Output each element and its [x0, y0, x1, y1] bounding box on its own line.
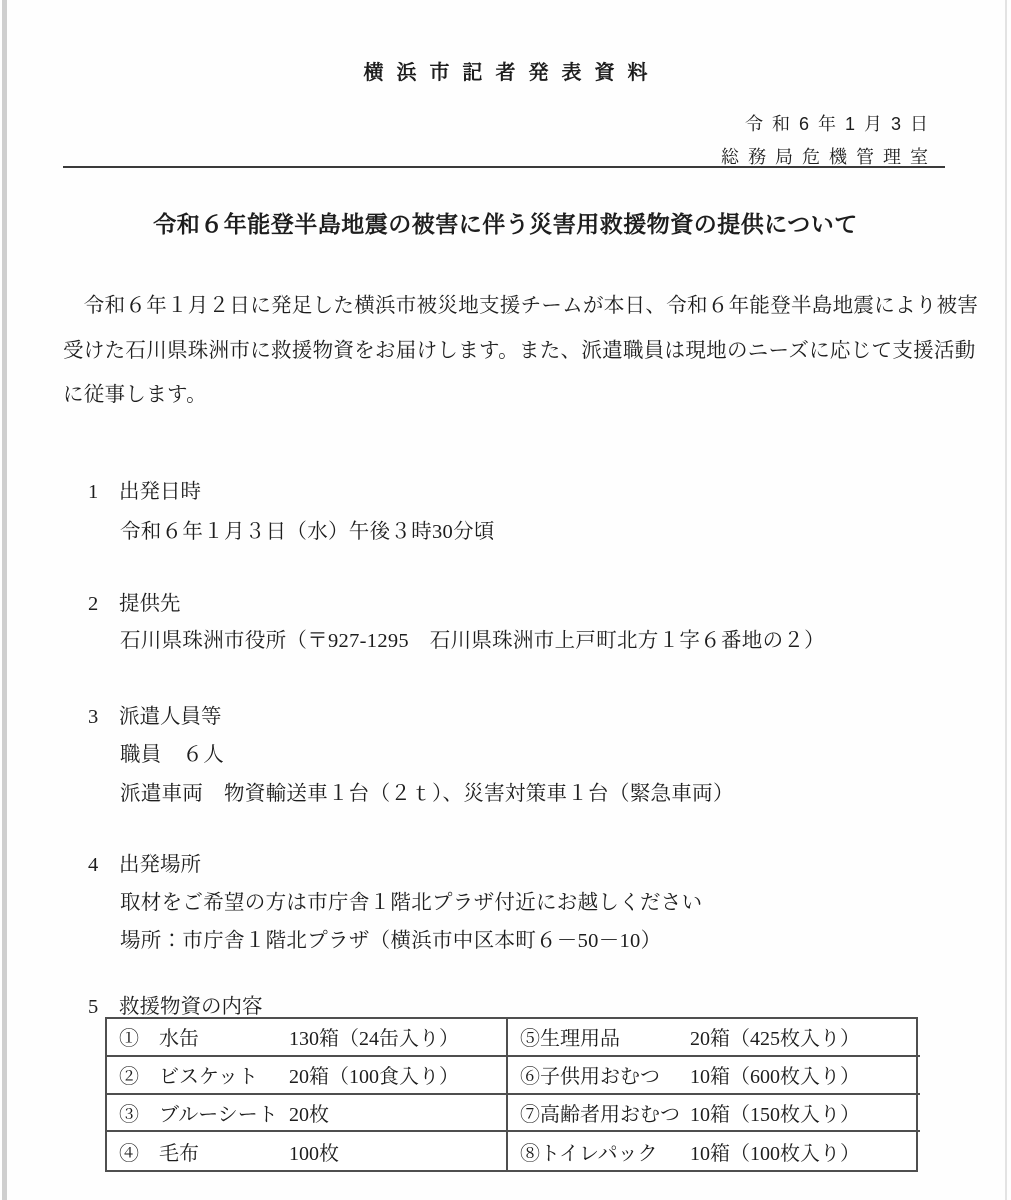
- supply-item-label: ⑤生理用品: [520, 1022, 690, 1051]
- section-1-heading: 1出発日時: [88, 474, 201, 504]
- table-cell-blankets: ④ 毛布 100枚: [107, 1132, 508, 1170]
- section-3-heading: 3派遣人員等: [88, 699, 222, 729]
- supply-item-quantity: 10箱（600枚入り）: [690, 1060, 860, 1089]
- section-5-number: 5: [88, 996, 119, 1019]
- supply-item-label: ⑧トイレパック: [520, 1137, 690, 1166]
- section-2-detail: 石川県珠洲市役所（〒927-1295 石川県珠洲市上戸町北方１字６番地の２）: [120, 623, 825, 653]
- table-cell-elderly-diapers: ⑦高齢者用おむつ 10箱（150枚入り）: [508, 1095, 920, 1133]
- section-2-number: 2: [88, 593, 119, 616]
- section-4-number: 4: [88, 854, 119, 877]
- page-left-edge-strip: [2, 0, 7, 1200]
- supply-item-label: ④ 毛布: [119, 1137, 289, 1166]
- table-cell-child-diapers: ⑥子供用おむつ 10箱（600枚入り）: [508, 1057, 920, 1095]
- lead-paragraph-line: 令和６年１月２日に発足した横浜市被災地支援チームが本日、令和６年能登半島地震によ…: [63, 288, 978, 318]
- supply-item-quantity: 20枚: [289, 1098, 329, 1127]
- section-3-detail-staff: 職員 ６人: [120, 737, 224, 767]
- lead-paragraph-line: 受けた石川県珠洲市に救援物資をお届けします。また、派遣職員は現地のニーズに応じて…: [63, 333, 976, 363]
- supply-item-label: ③ ブルーシート: [119, 1098, 289, 1127]
- table-cell-sanitary-products: ⑤生理用品 20箱（425枚入り）: [508, 1019, 920, 1057]
- page-right-edge-line: [1005, 0, 1007, 1200]
- release-date: 令和6年1月3日: [721, 108, 937, 141]
- section-4-title: 出発場所: [119, 854, 201, 876]
- section-4-detail-notice: 取材をご希望の方は市庁舎１階北プラザ付近にお越しください: [120, 885, 702, 915]
- header-date-block: 令和6年1月3日 総務局危機管理室: [721, 108, 937, 174]
- section-1-number: 1: [88, 481, 119, 504]
- document-title: 令和６年能登半島地震の被害に伴う災害用救援物資の提供について: [0, 206, 1011, 239]
- press-release-header-label: 横浜市記者発表資料: [0, 56, 1011, 85]
- table-cell-water-cans: ① 水缶 130箱（24缶入り）: [107, 1019, 508, 1057]
- supply-item-label: ⑥子供用おむつ: [520, 1060, 690, 1089]
- section-3-detail-vehicles: 派遣車両 物資輸送車１台（２ｔ）、災害対策車１台（緊急車両）: [120, 776, 734, 806]
- issuing-department: 総務局危機管理室: [721, 141, 937, 174]
- supply-item-quantity: 100枚: [289, 1137, 339, 1166]
- section-4-detail-place: 場所：市庁舎１階北プラザ（横浜市中区本町６－50－10）: [120, 923, 661, 953]
- section-4-heading: 4出発場所: [88, 847, 201, 877]
- section-3-title: 派遣人員等: [119, 706, 222, 728]
- press-release-page: 横浜市記者発表資料 令和6年1月3日 総務局危機管理室 令和６年能登半島地震の被…: [0, 0, 1011, 1200]
- supply-item-label: ⑦高齢者用おむつ: [520, 1098, 690, 1127]
- supplies-table: ① 水缶 130箱（24缶入り） ⑤生理用品 20箱（425枚入り） ② ビスケ…: [105, 1017, 918, 1172]
- header-rule: [63, 166, 945, 168]
- table-cell-biscuits: ② ビスケット 20箱（100食入り）: [107, 1057, 508, 1095]
- supply-item-label: ② ビスケット: [119, 1060, 289, 1089]
- section-5-heading: 5救援物資の内容: [88, 989, 263, 1019]
- supply-item-quantity: 20箱（100食入り）: [289, 1060, 459, 1089]
- supply-item-label: ① 水缶: [119, 1022, 289, 1051]
- table-cell-blue-sheets: ③ ブルーシート 20枚: [107, 1095, 508, 1133]
- section-2-heading: 2提供先: [88, 586, 181, 616]
- table-cell-toilet-packs: ⑧トイレパック 10箱（100枚入り）: [508, 1132, 920, 1170]
- section-1-title: 出発日時: [119, 481, 201, 503]
- supply-item-quantity: 10箱（150枚入り）: [690, 1098, 860, 1127]
- supply-item-quantity: 20箱（425枚入り）: [690, 1022, 860, 1051]
- section-2-title: 提供先: [119, 593, 181, 615]
- lead-paragraph-line: に従事します。: [63, 377, 207, 407]
- supply-item-quantity: 10箱（100枚入り）: [690, 1137, 860, 1166]
- section-3-number: 3: [88, 706, 119, 729]
- supply-item-quantity: 130箱（24缶入り）: [289, 1022, 459, 1051]
- section-5-title: 救援物資の内容: [119, 996, 263, 1018]
- section-1-detail: 令和６年１月３日（水）午後３時30分頃: [120, 514, 495, 544]
